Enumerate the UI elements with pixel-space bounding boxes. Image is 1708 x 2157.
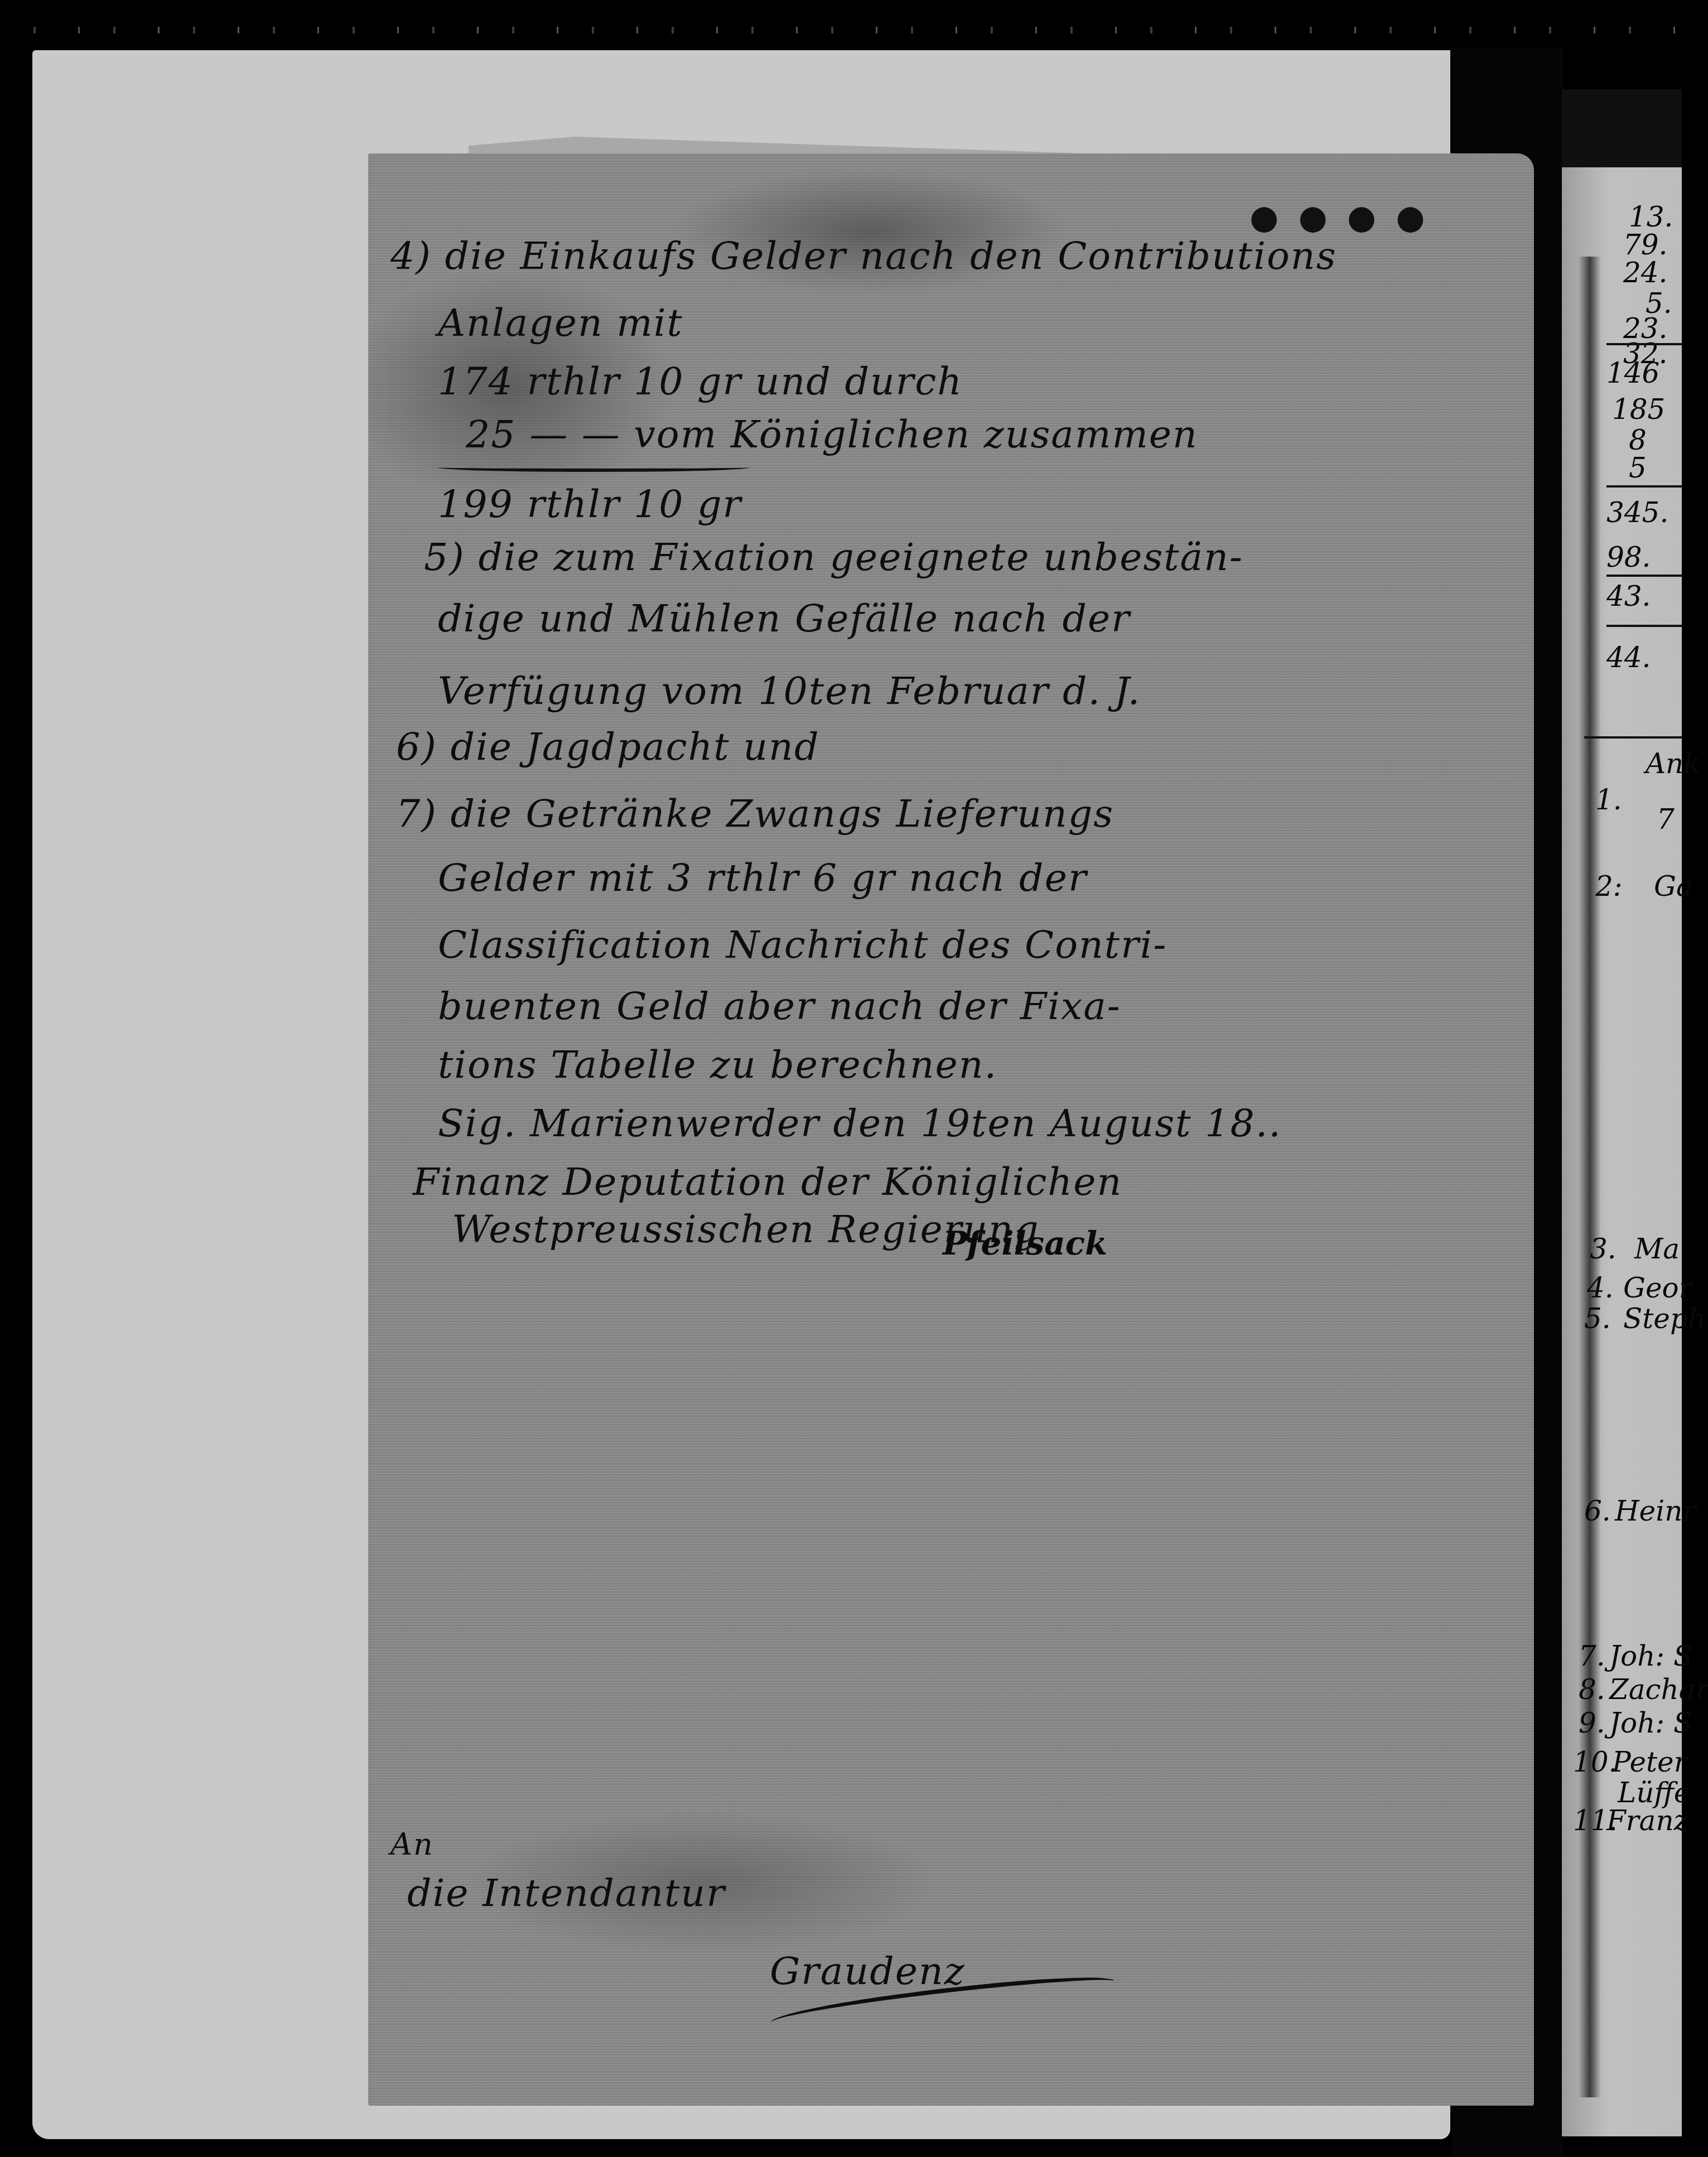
side-entry-text: Steph (1623, 1302, 1706, 1335)
strip-top-shadow (1562, 89, 1682, 167)
side-entry-no: 7. (1579, 1640, 1605, 1672)
side-number: 185 (1612, 393, 1665, 426)
text-line-5: 199 rthlr 10 gr (438, 482, 742, 527)
side-entry-no: 1. (1595, 784, 1622, 816)
text-line-16: Finanz Deputation der Königlichen (413, 1160, 1122, 1204)
side-entry-text: Joh: S (1609, 1640, 1692, 1672)
sum-rule (1606, 343, 1682, 345)
side-entry-text: Joh: S (1609, 1707, 1692, 1739)
side-entry-text: Zachar (1609, 1673, 1708, 1706)
side-number: 44. (1606, 641, 1651, 674)
sum-rule (1606, 575, 1682, 577)
text-line-1: 4) die Einkaufs Gelder nach den Contribu… (390, 234, 1337, 278)
handwritten-letter-page: ● ● ● ● 4) die Einkaufs Gelder nach den … (368, 153, 1534, 2106)
text-line-7: dige und Mühlen Gefälle nach der (438, 597, 1131, 641)
side-entry-no: 8. (1579, 1673, 1605, 1706)
text-line-3: 174 rthlr 10 gr und durch (438, 360, 963, 404)
side-number: 146 (1606, 357, 1659, 389)
text-line-9: 6) die Jagdpacht und (396, 725, 819, 769)
scanner-top-edge (0, 0, 1708, 48)
side-number: 24. (1623, 257, 1668, 289)
side-header: Ank (1646, 747, 1701, 780)
side-entry-text: Ga (1654, 870, 1693, 903)
side-entry-no: 6. (1584, 1495, 1611, 1527)
text-line-11: Gelder mit 3 rthlr 6 gr nach der (438, 856, 1087, 900)
text-line-10: 7) die Getränke Zwangs Lieferungs (396, 792, 1114, 836)
text-line-8: Verfügung vom 10ten Februar d. J. (438, 669, 1141, 713)
side-entry-no: 5. (1584, 1302, 1611, 1335)
side-number: 43. (1606, 580, 1651, 612)
side-entry-text: Geor (1623, 1272, 1692, 1304)
text-line-13: buenten Geld aber nach der Fixa- (438, 985, 1121, 1029)
side-number: 5 (1629, 452, 1647, 484)
text-line-4: 25 — — vom Königlichen zusammen (466, 413, 1198, 457)
address-place: Graudenz (770, 1949, 966, 1994)
side-entry-no: 3. (1590, 1233, 1617, 1265)
side-number: 98. (1606, 541, 1651, 573)
ink-blot-marks: ● ● ● ● (1249, 198, 1430, 237)
text-line-12: Classification Nachricht des Contri- (438, 923, 1167, 967)
text-line-6: 5) die zum Fixation geeignete unbestän- (424, 535, 1243, 580)
side-entry-text: Heinr (1615, 1495, 1696, 1527)
text-line-2: Anlagen mit (438, 301, 683, 345)
side-entry-text: Franz (1606, 1804, 1688, 1837)
adjacent-page-strip: 13. 79. 24. 5. 23. 32. 146 185 8 5 345. … (1562, 89, 1682, 2136)
sum-rule (1606, 625, 1682, 627)
side-entry-no: 2: (1595, 870, 1623, 903)
address-prefix: An (390, 1827, 434, 1862)
side-entry-no: 10. (1573, 1746, 1618, 1778)
address-recipient: die Intendantur (407, 1871, 726, 1915)
sum-underline (438, 463, 750, 472)
side-entry-text: Ma (1634, 1233, 1680, 1265)
section-rule (1584, 736, 1682, 739)
side-entry-no: 9. (1579, 1707, 1605, 1739)
side-entry-text: Peter (1612, 1746, 1687, 1778)
text-line-14: tions Tabelle zu berechnen. (438, 1043, 997, 1087)
side-number: 345. (1606, 496, 1668, 529)
sum-rule (1606, 485, 1682, 488)
side-entry-no: 4. (1587, 1272, 1614, 1304)
side-entry-text: 7 (1657, 803, 1675, 836)
text-line-15: Sig. Marienwerder den 19ten August 18.. (438, 1102, 1282, 1146)
scan-ruler-marks (0, 27, 1708, 33)
signature: Pfeilsack (943, 1224, 1107, 1262)
